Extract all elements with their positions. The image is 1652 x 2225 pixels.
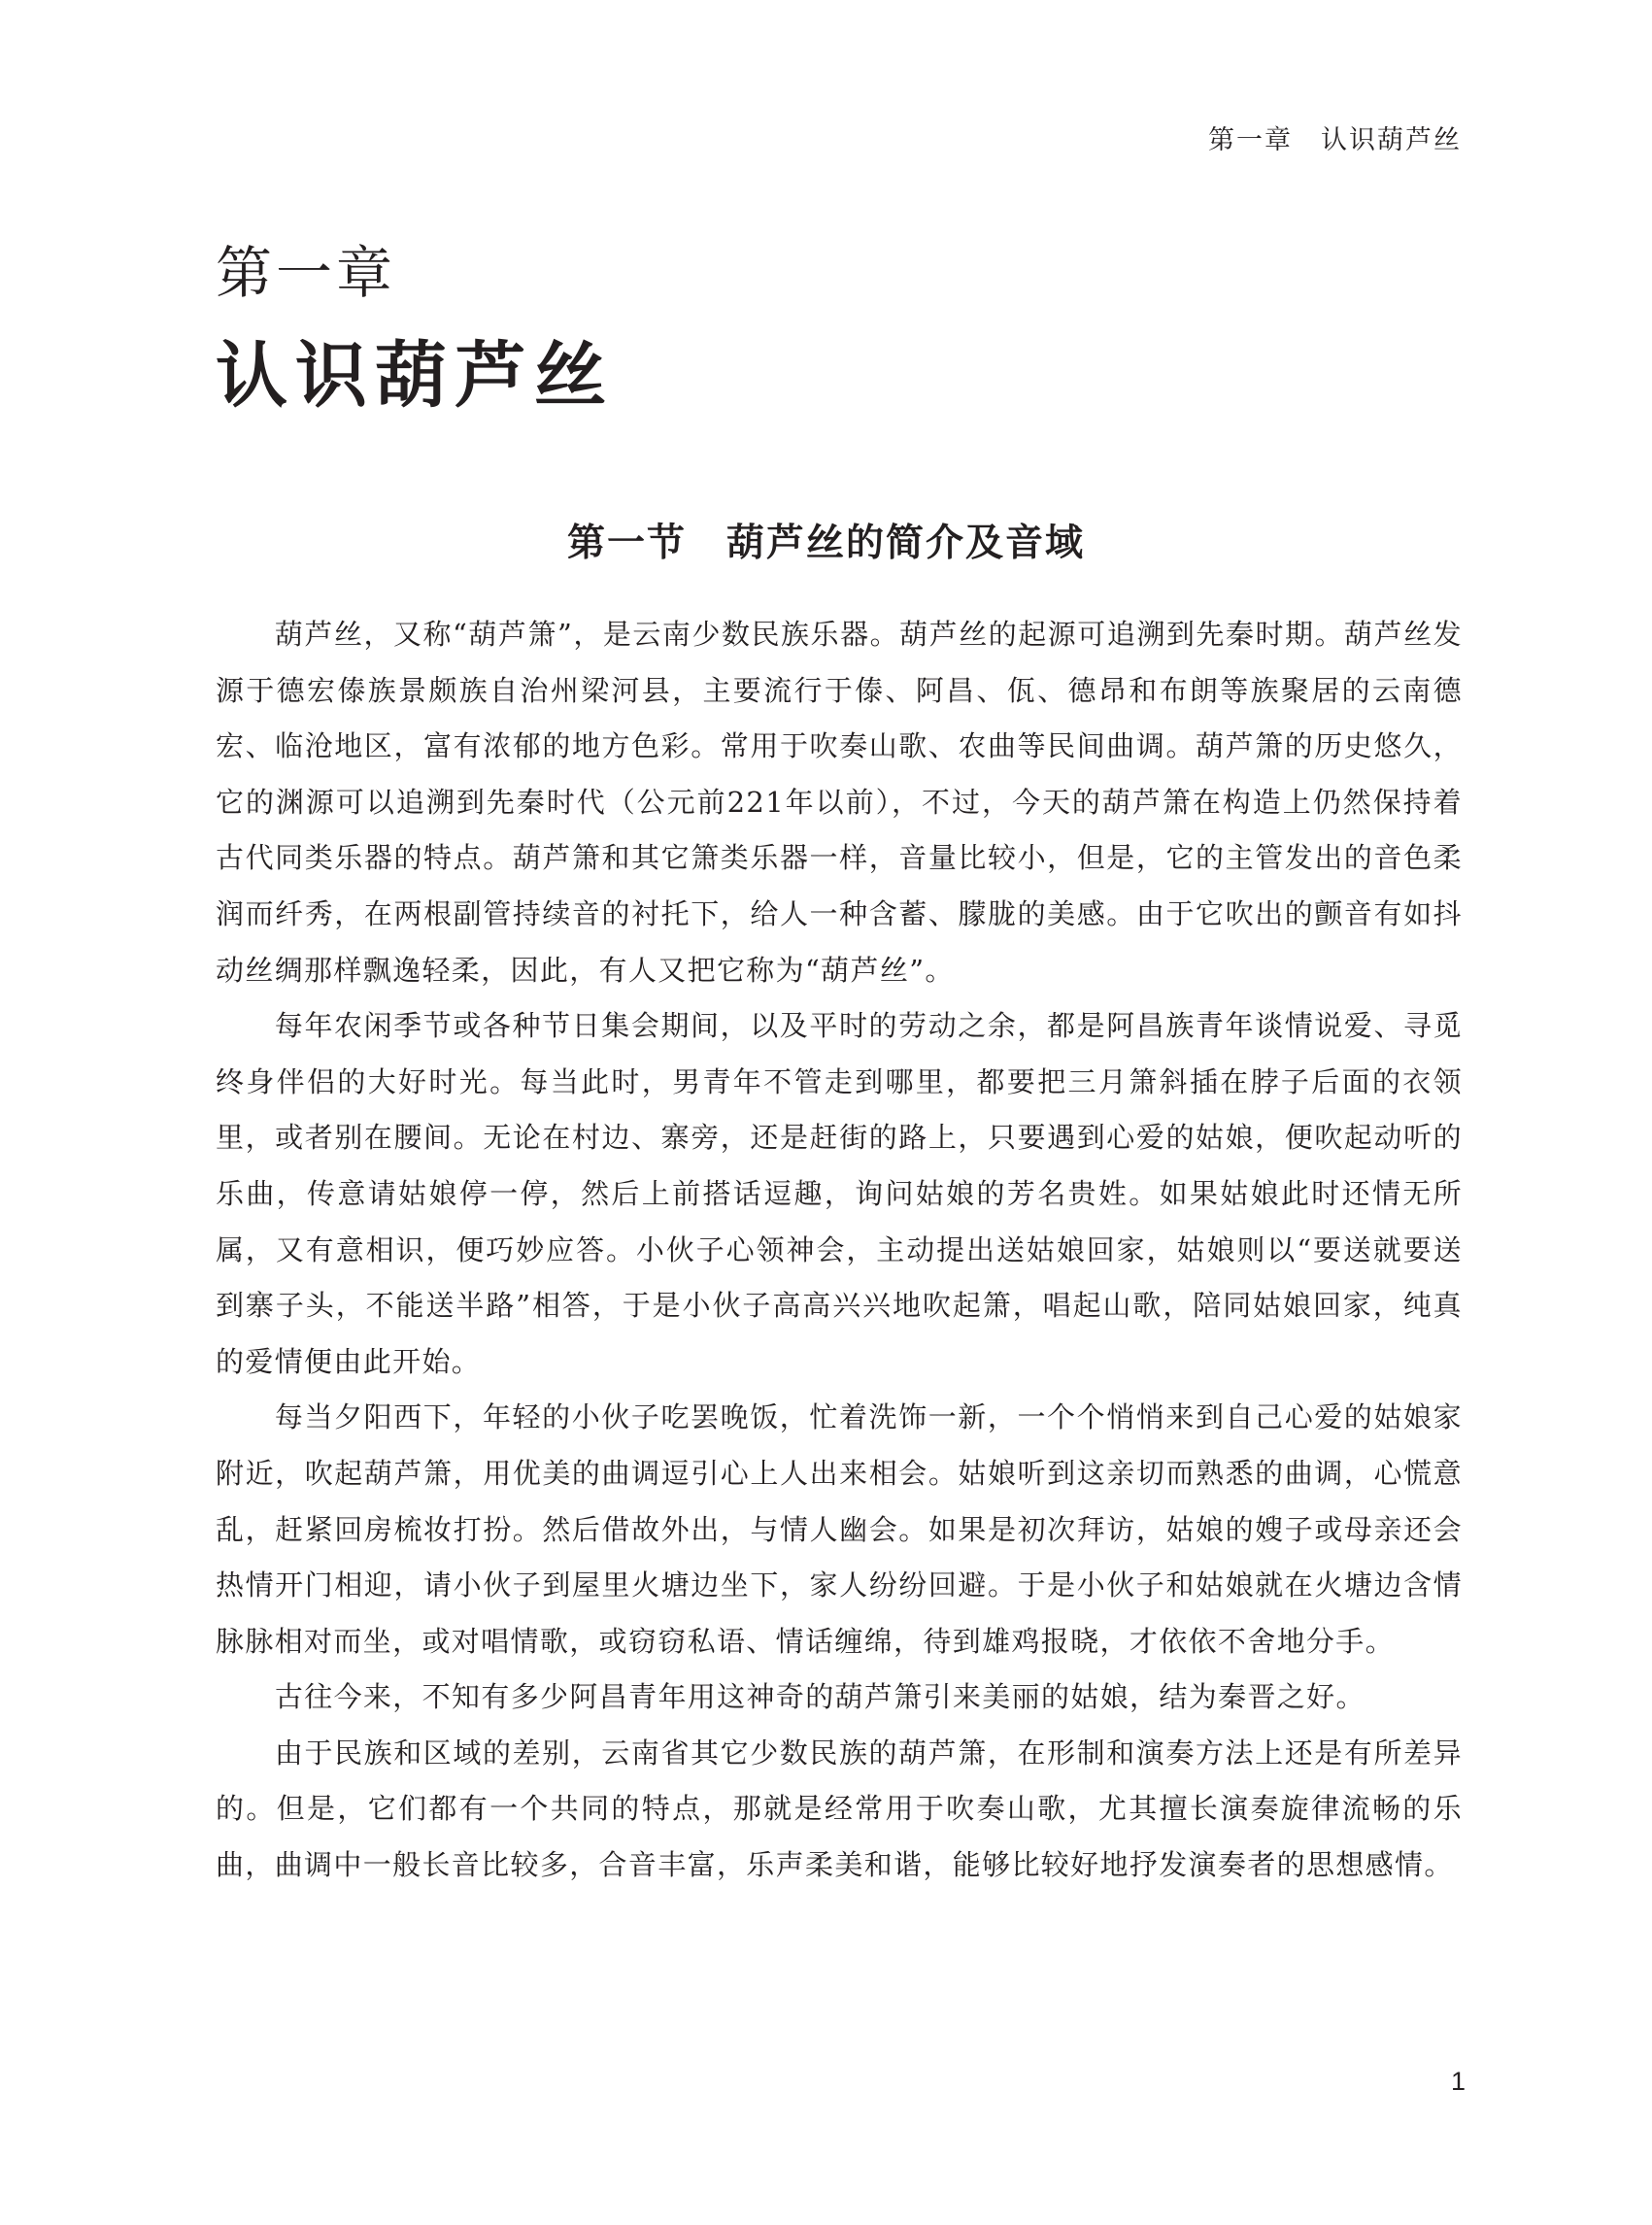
chapter-title: 认识葫芦丝 xyxy=(216,340,614,412)
section-title: 第一节 葫芦丝的简介及音域 xyxy=(0,513,1652,567)
paragraph: 由于民族和区域的差别，云南省其它少数民族的葫芦箫，在形制和演奏方法上还是有所差异… xyxy=(216,1726,1463,1894)
paragraph: 葫芦丝，又称“葫芦箫”，是云南少数民族乐器。葫芦丝的起源可追溯到先秦时期。葫芦丝… xyxy=(216,607,1463,998)
paragraph: 每当夕阳西下，年轻的小伙子吃罢晚饭，忙着洗饰一新，一个个悄悄来到自己心爱的姑娘家… xyxy=(216,1390,1463,1669)
running-header: 第一章 认识葫芦丝 xyxy=(1208,118,1462,156)
body-text: 葫芦丝，又称“葫芦箫”，是云南少数民族乐器。葫芦丝的起源可追溯到先秦时期。葫芦丝… xyxy=(216,607,1463,1894)
page-number: 1 xyxy=(1451,2067,1466,2097)
chapter-label: 第一章 xyxy=(216,245,396,301)
paragraph: 每年农闲季节或各种节日集会期间，以及平时的劳动之余，都是阿昌族青年谈情说爱、寻觅… xyxy=(216,998,1463,1390)
paragraph: 古往今来，不知有多少阿昌青年用这神奇的葫芦箫引来美丽的姑娘，结为秦晋之好。 xyxy=(216,1669,1463,1726)
